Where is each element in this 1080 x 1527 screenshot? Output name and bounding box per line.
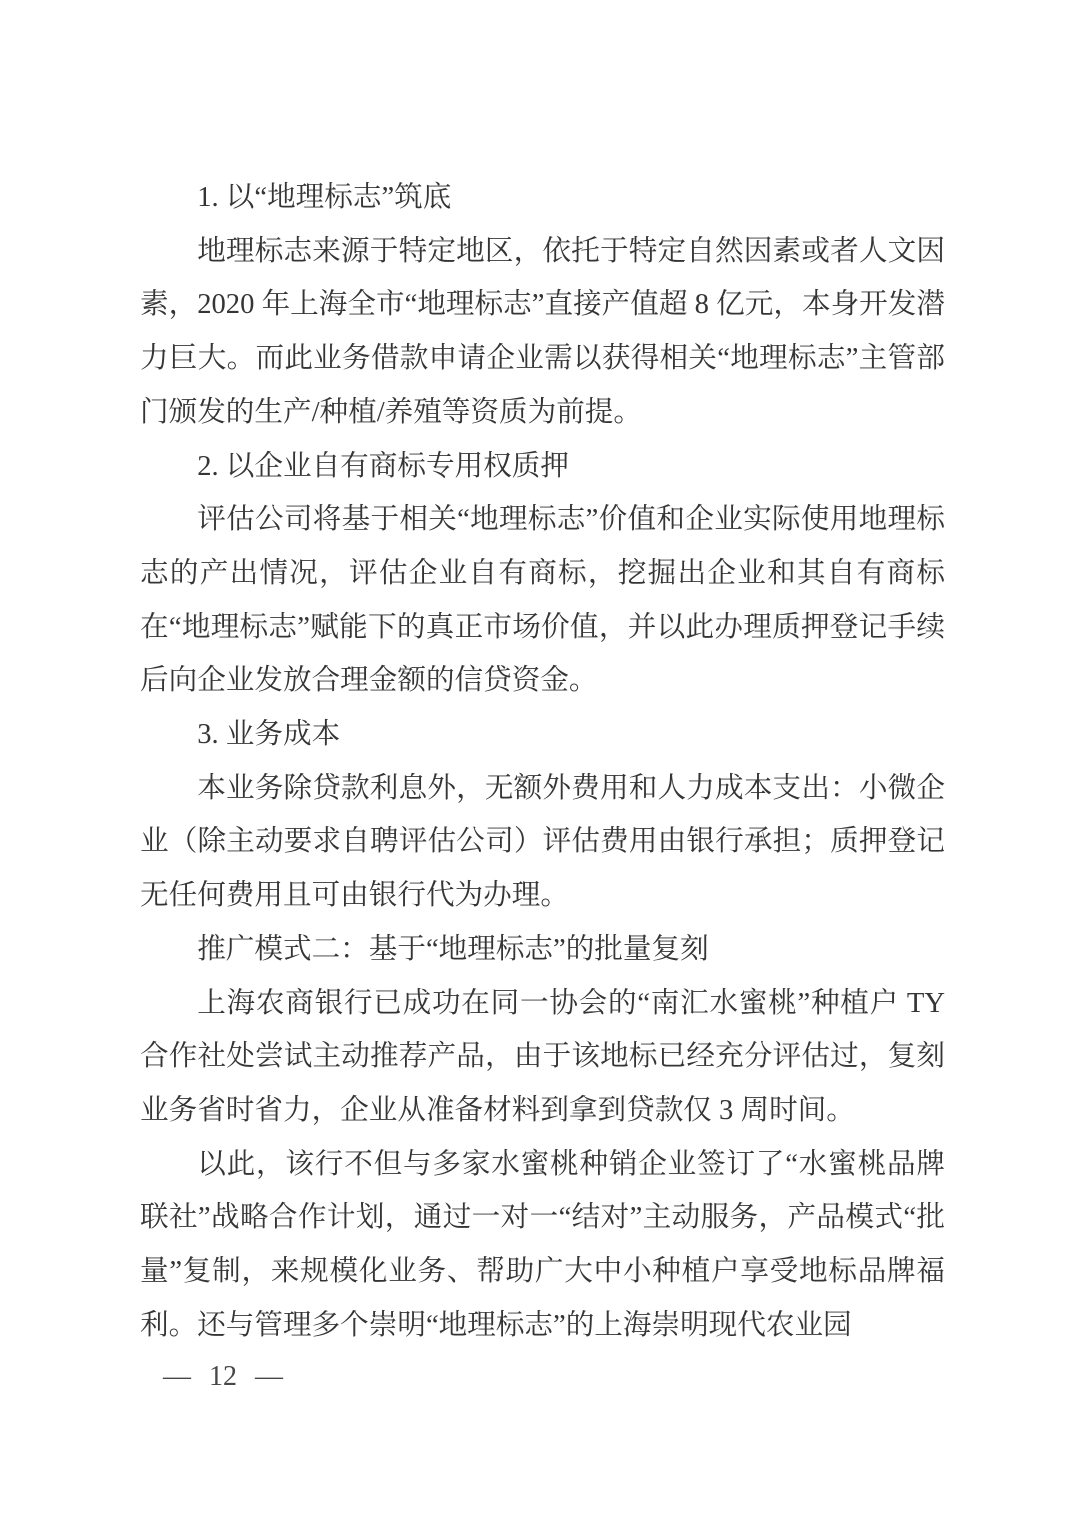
paragraph-body: 本业务除贷款利息外，无额外费用和人力成本支出：小微企业（除主动要求自聘评估公司）… (140, 762, 945, 923)
document-body: 1. 以“地理标志”筑底地理标志来源于特定地区，依托于特定自然因素或者人文因素，… (140, 171, 945, 1352)
paragraph-body: 上海农商银行已成功在同一协会的“南汇水蜜桃”种植户 TY 合作社处尝试主动推荐产… (140, 977, 945, 1138)
paragraph-body: 以此，该行不但与多家水蜜桃种销企业签订了“水蜜桃品牌联社”战略合作计划，通过一对… (140, 1138, 945, 1353)
paragraph-body: 评估公司将基于相关“地理标志”价值和企业实际使用地理标志的产出情况，评估企业自有… (140, 493, 945, 708)
document-page: 1. 以“地理标志”筑底地理标志来源于特定地区，依托于特定自然因素或者人文因素，… (0, 0, 1080, 1527)
footer-dash-left: — (163, 1353, 191, 1401)
page-number: 12 (209, 1353, 237, 1401)
paragraph-heading: 2. 以企业自有商标专用权质押 (140, 440, 945, 494)
paragraph-heading: 1. 以“地理标志”筑底 (140, 171, 945, 225)
paragraph-body: 地理标志来源于特定地区，依托于特定自然因素或者人文因素，2020 年上海全市“地… (140, 225, 945, 440)
page-footer: — 12 — (163, 1353, 283, 1401)
paragraph-heading: 3. 业务成本 (140, 708, 945, 762)
paragraph-heading: 推广模式二：基于“地理标志”的批量复刻 (140, 923, 945, 977)
footer-dash-right: — (255, 1353, 283, 1401)
